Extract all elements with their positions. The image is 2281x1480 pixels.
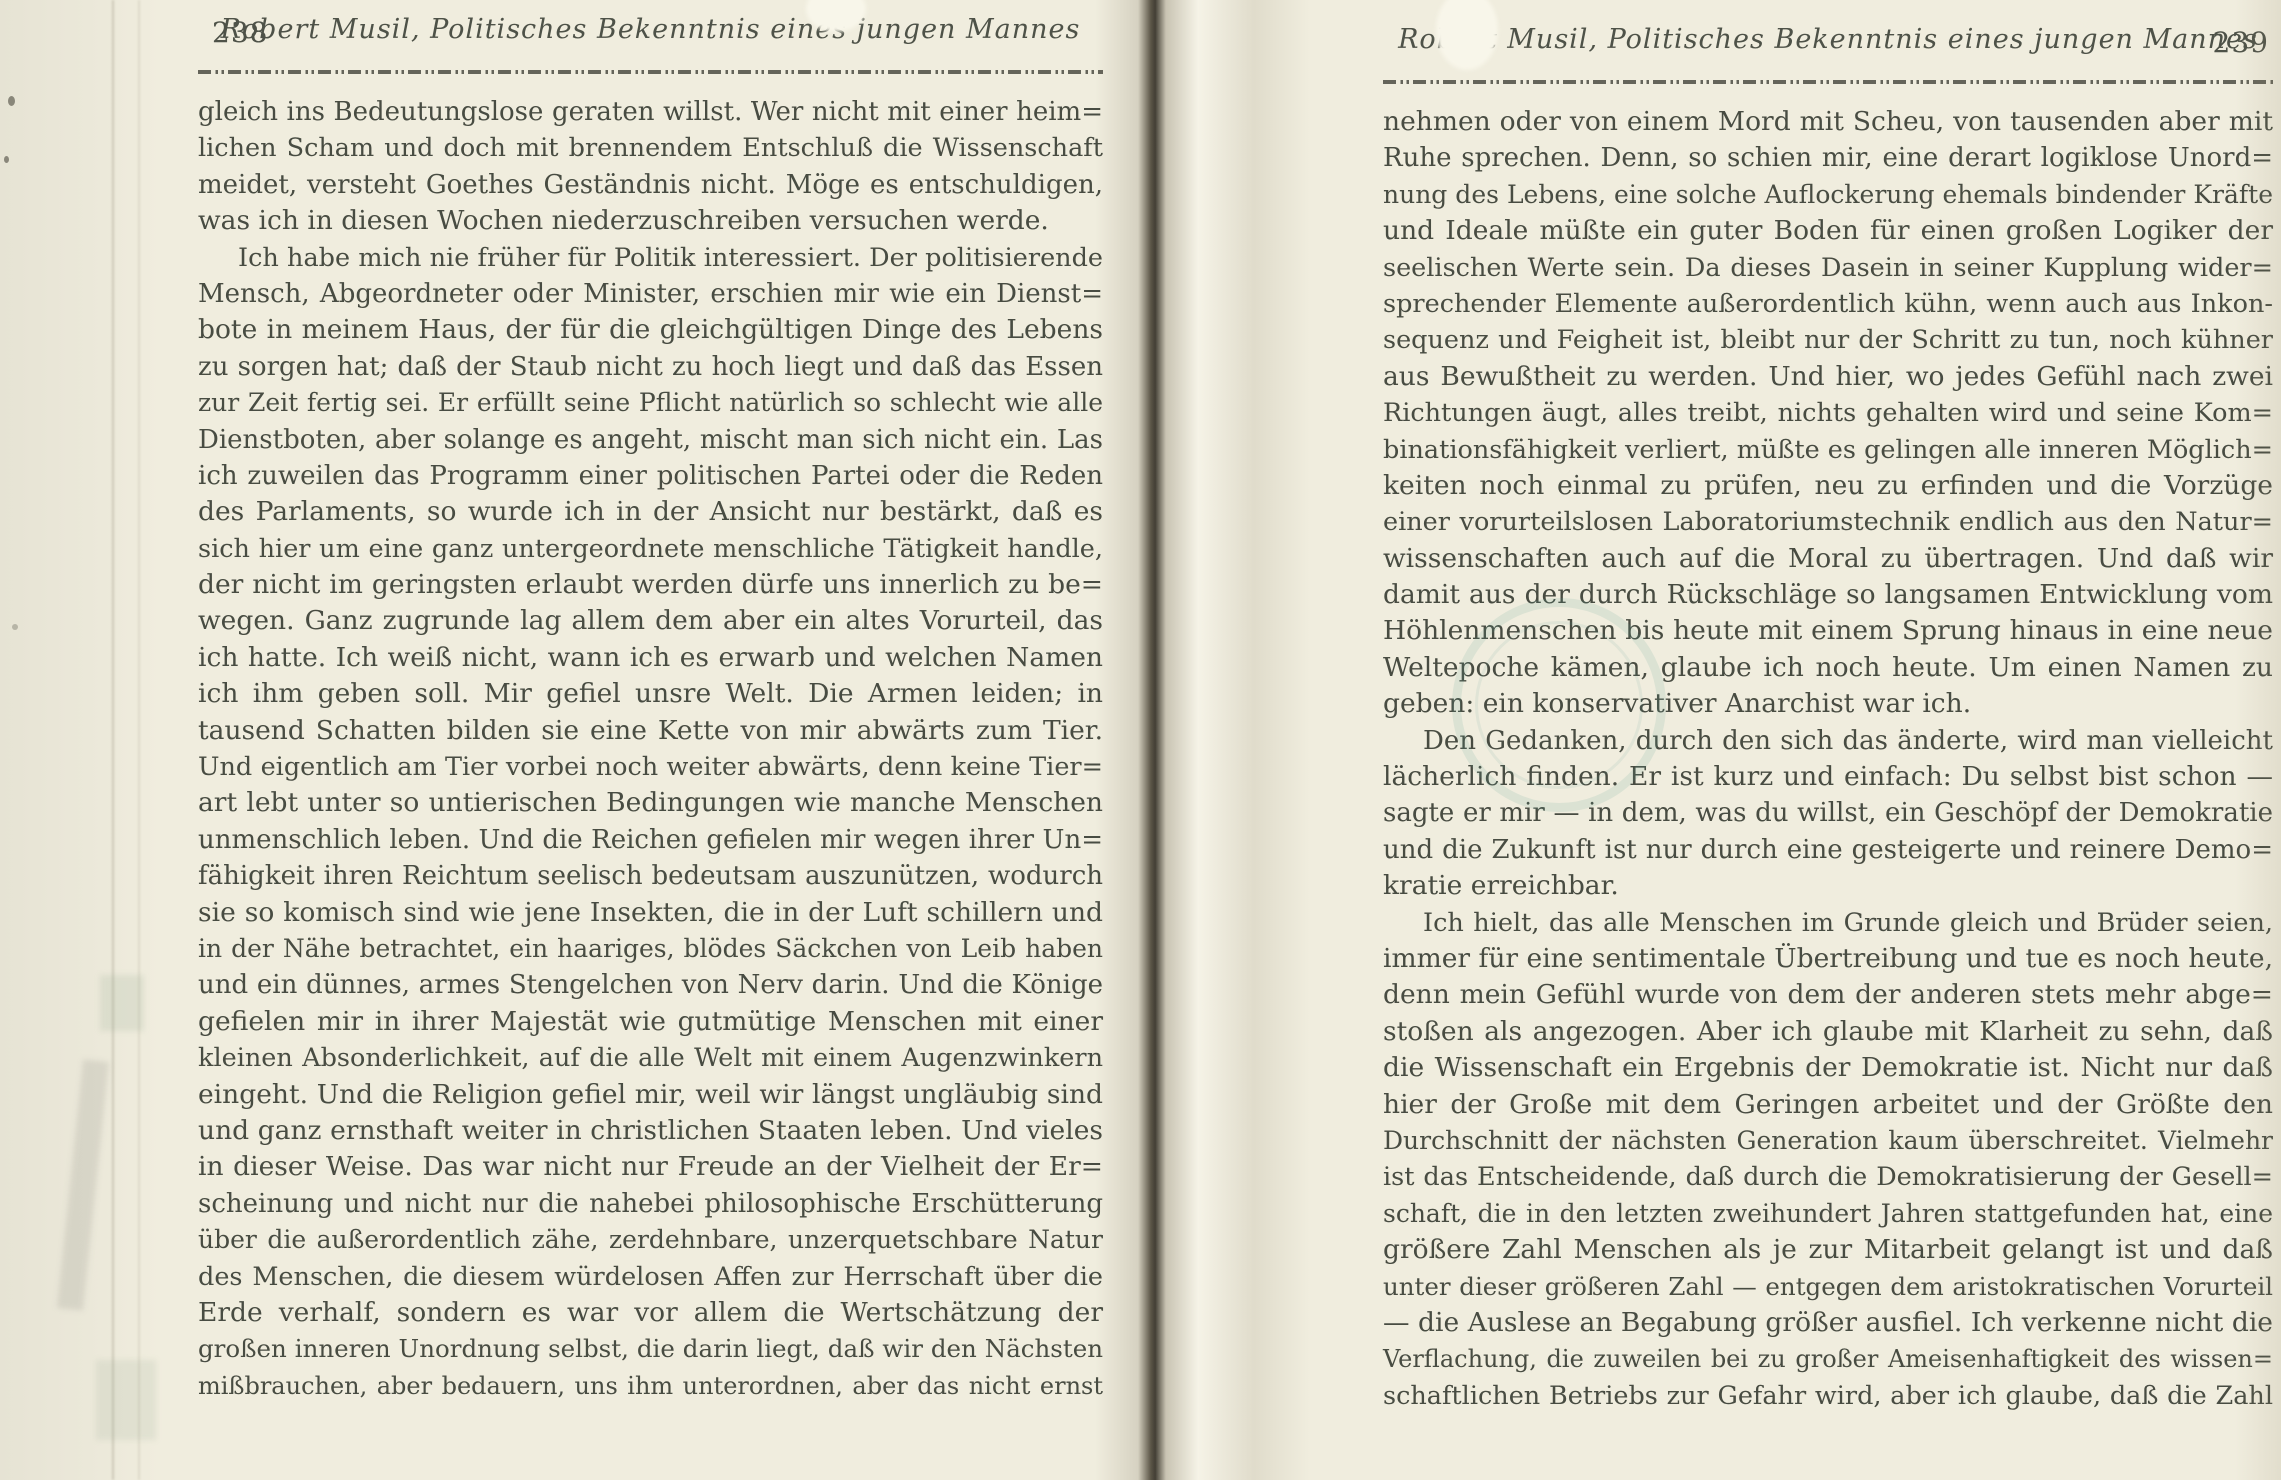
- text-line: mißbrauchen, aber bedauern, uns ihm unte…: [198, 1368, 1103, 1404]
- text-line: Ruhe sprechen. Denn, so schien mir, eine…: [1383, 140, 2273, 176]
- text-line: keiten noch einmal zu prüfen, neu zu erf…: [1383, 468, 2273, 504]
- text-line: aus Bewußtheit zu werden. Und hier, wo j…: [1383, 359, 2273, 395]
- text-line: seelischen Werte sein. Da dieses Dasein …: [1383, 250, 2273, 286]
- page-header: Robert Musil, Politisches Bekenntnis ein…: [1383, 24, 2273, 70]
- text-line: zur Zeit fertig sei. Er erfüllt seine Pf…: [198, 385, 1103, 421]
- text-line: denn mein Gefühl wurde von dem der ander…: [1383, 977, 2273, 1013]
- page-left: 238 Robert Musil, Politisches Bekenntnis…: [198, 0, 1103, 1480]
- text-line: Mensch, Abgeordneter oder Minister, ersc…: [198, 276, 1103, 312]
- page-body: gleich ins Bedeutungslose geraten willst…: [198, 94, 1103, 1404]
- text-line: des Menschen, die diesem würdelosen Affe…: [198, 1259, 1103, 1295]
- text-line: wegen. Ganz zugrunde lag allem dem aber …: [198, 603, 1103, 639]
- text-line: lichen Scham und doch mit brennendem Ent…: [198, 130, 1103, 166]
- text-line: und ganz ernsthaft weiter in christliche…: [198, 1113, 1103, 1149]
- page-number: 238: [212, 16, 268, 49]
- text-line: Verflachung, die zuweilen bei zu großer …: [1383, 1341, 2273, 1377]
- running-header: Robert Musil, Politisches Bekenntnis ein…: [198, 14, 1103, 45]
- text-line: gefielen mir in ihrer Majestät wie gutmü…: [198, 1004, 1103, 1040]
- header-rule-ornament: [1383, 80, 2273, 84]
- text-line: art lebt unter so untierischen Bedingung…: [198, 785, 1103, 821]
- text-line: ich ihm geben soll. Mir gefiel unsre Wel…: [198, 676, 1103, 712]
- text-line: nehmen oder von einem Mord mit Scheu, vo…: [1383, 104, 2273, 140]
- page-header: 238 Robert Musil, Politisches Bekenntnis…: [198, 14, 1103, 60]
- page-crease-line: [112, 0, 114, 1480]
- text-line: über die außerordentlich zähe, zerdehnba…: [198, 1222, 1103, 1258]
- text-line: sie so komisch sind wie jene Insekten, d…: [198, 895, 1103, 931]
- text-line: bote in meinem Haus, der für die gleichg…: [198, 312, 1103, 348]
- book-scan: 238 Robert Musil, Politisches Bekenntnis…: [0, 0, 2281, 1480]
- text-line: Richtungen äugt, alles treibt, nichts ge…: [1383, 395, 2273, 431]
- text-line: unmenschlich leben. Und die Reichen gefi…: [198, 822, 1103, 858]
- scan-speck: [4, 156, 9, 163]
- text-line: und Ideale müßte ein guter Boden für ein…: [1383, 213, 2273, 249]
- text-line: großen inneren Unordnung selbst, die dar…: [198, 1331, 1103, 1367]
- text-line: — die Auslese an Begabung größer ausfiel…: [1383, 1305, 2273, 1341]
- text-line: nung des Lebens, eine solche Auflockerun…: [1383, 177, 2273, 213]
- text-line: sequenz und Feigheit ist, bleibt nur der…: [1383, 322, 2273, 358]
- text-line: schaft, die in den letzten zweihundert J…: [1383, 1196, 2273, 1232]
- text-line: die Wissenschaft ein Ergebnis der Demokr…: [1383, 1050, 2273, 1086]
- margin-smudge: [96, 1360, 156, 1440]
- right-page-edge-shading: [2235, 0, 2281, 1480]
- running-header: Robert Musil, Politisches Bekenntnis ein…: [1383, 24, 2273, 55]
- text-line: schaftlichen Betriebs zur Gefahr wird, a…: [1383, 1378, 2273, 1414]
- text-line: ich zuweilen das Programm einer politisc…: [198, 458, 1103, 494]
- text-line: immer für eine sentimentale Übertreibung…: [1383, 941, 2273, 977]
- text-line: eingeht. Und die Religion gefiel mir, we…: [198, 1077, 1103, 1113]
- header-rule-ornament: [198, 70, 1103, 74]
- text-line: ist das Entscheidende, daß durch die Dem…: [1383, 1159, 2273, 1195]
- text-line: Durchschnitt der nächsten Generation kau…: [1383, 1123, 2273, 1159]
- text-line: in der Nähe betrachtet, ein haariges, bl…: [198, 931, 1103, 967]
- text-line: kleinen Absonderlichkeit, auf die alle W…: [198, 1040, 1103, 1076]
- text-line: des Parlaments, so wurde ich in der Ansi…: [198, 494, 1103, 530]
- text-line: was ich in diesen Wochen niederzuschreib…: [198, 203, 1103, 239]
- text-line: scheinung und nicht nur die nahebei phil…: [198, 1186, 1103, 1222]
- text-line: hier der Große mit dem Geringen arbeitet…: [1383, 1087, 2273, 1123]
- text-line: einer vorurteilslosen Laboratoriumstechn…: [1383, 504, 2273, 540]
- text-line: der nicht im geringsten erlaubt werden d…: [198, 567, 1103, 603]
- text-line: sprechender Elemente außerordentlich küh…: [1383, 286, 2273, 322]
- text-line: meidet, versteht Goethes Geständnis nich…: [198, 167, 1103, 203]
- text-line: unter dieser größeren Zahl — entgegen de…: [1383, 1269, 2273, 1305]
- text-line: in dieser Weise. Das war nicht nur Freud…: [198, 1149, 1103, 1185]
- text-line: gleich ins Bedeutungslose geraten willst…: [198, 94, 1103, 130]
- scan-speck: [8, 96, 15, 106]
- text-line: tausend Schatten bilden sie eine Kette v…: [198, 713, 1103, 749]
- text-line: binationsfähigkeit verliert, müßte es ge…: [1383, 432, 2273, 468]
- text-line: wissenschaften auch auf die Moral zu übe…: [1383, 541, 2273, 577]
- text-line: und die Zukunft ist nur durch eine geste…: [1383, 832, 2273, 868]
- text-line: Dienstboten, aber solange es angeht, mis…: [198, 422, 1103, 458]
- text-line: ich hatte. Ich weiß nicht, wann ich es e…: [198, 640, 1103, 676]
- book-gutter-shadow: [1095, 0, 1310, 1480]
- text-line: größere Zahl Menschen als je zur Mitarbe…: [1383, 1232, 2273, 1268]
- text-line: sich hier um eine ganz untergeordnete me…: [198, 531, 1103, 567]
- text-line: Erde verhalf, sondern es war vor allem d…: [198, 1295, 1103, 1331]
- scan-speck: [12, 624, 18, 630]
- text-line: und ein dünnes, armes Stengelchen von Ne…: [198, 967, 1103, 1003]
- text-line: kratie erreichbar.: [1383, 868, 2273, 904]
- text-line: fähigkeit ihren Reichtum seelisch bedeut…: [198, 858, 1103, 894]
- text-line: Ich habe mich nie früher für Politik int…: [198, 240, 1103, 276]
- page-crease-line: [138, 0, 140, 1480]
- margin-smudge: [100, 975, 144, 1031]
- text-line: stoßen als angezogen. Aber ich glaube mi…: [1383, 1014, 2273, 1050]
- text-line: Und eigentlich am Tier vorbei noch weite…: [198, 749, 1103, 785]
- faded-library-stamp: [1452, 598, 1666, 812]
- text-line: zu sorgen hat; daß der Staub nicht zu ho…: [198, 349, 1103, 385]
- text-line: Ich hielt, das alle Menschen im Grunde g…: [1383, 905, 2273, 941]
